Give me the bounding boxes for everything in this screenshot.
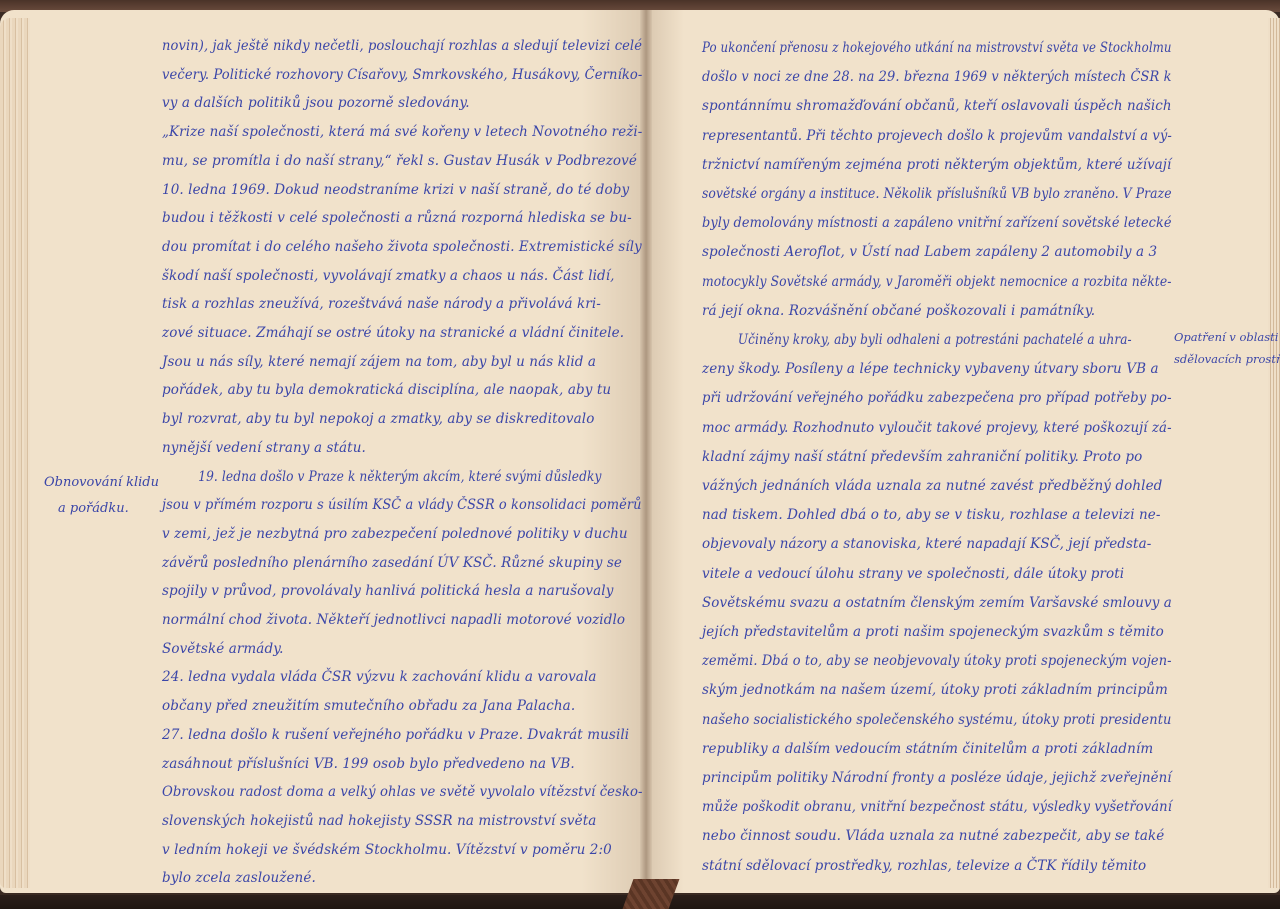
handwritten-line: státní sdělovací prostředky, rozhlas, te… xyxy=(702,848,1146,884)
right-margin-note: Opatření v oblasti sdělovacích prostředk… xyxy=(1174,326,1280,370)
left-margin-note: Obnovování klidu a pořádku. xyxy=(44,470,159,522)
margin-note-line: sdělovacích prostředků. xyxy=(1174,348,1280,370)
margin-note-line: Opatření v oblasti xyxy=(1174,326,1280,348)
left-page-stack-edge xyxy=(0,18,30,888)
handwritten-line: bylo zcela zasloužené. xyxy=(162,860,316,896)
margin-note-line: a pořádku. xyxy=(44,496,159,522)
right-page-stack-edge xyxy=(1268,18,1280,888)
margin-note-line: Obnovování klidu xyxy=(44,470,159,496)
